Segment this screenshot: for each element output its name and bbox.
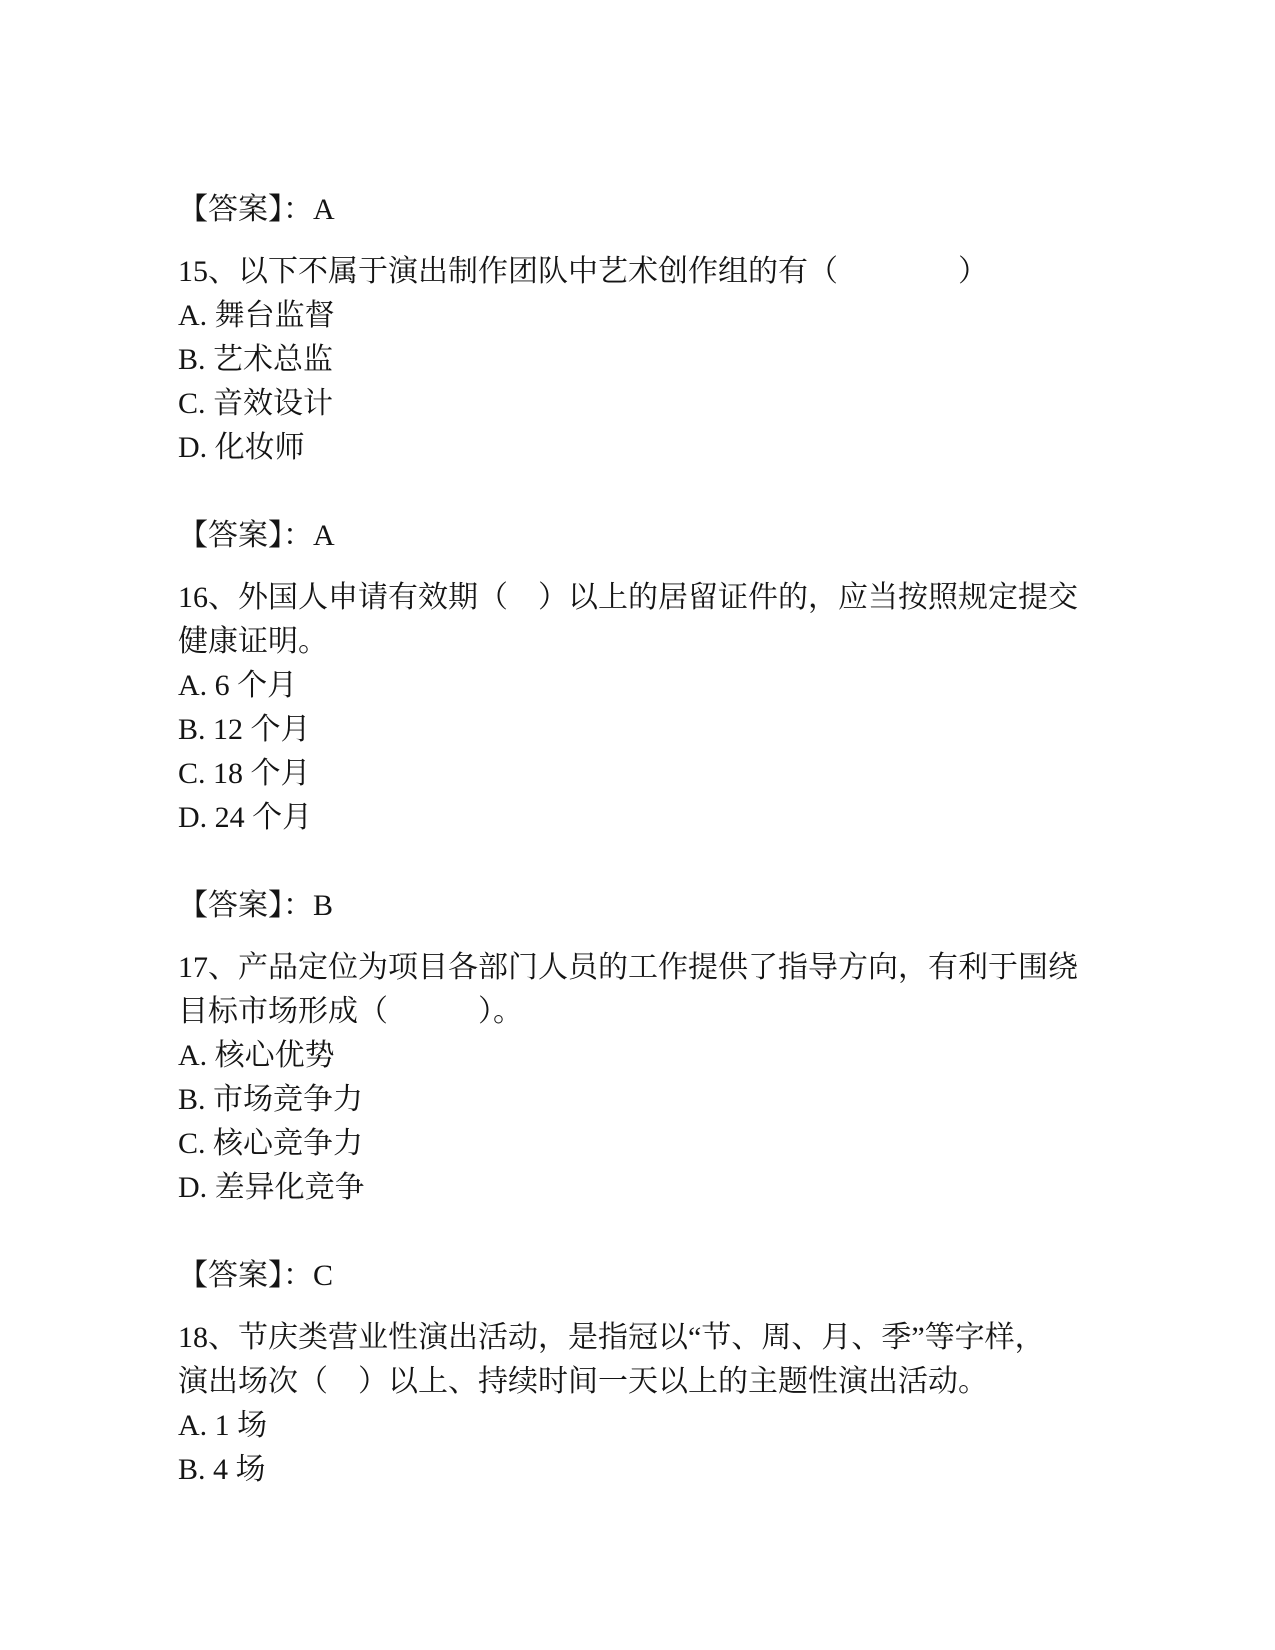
- question-15-option-b: B. 艺术总监: [178, 338, 1195, 382]
- question-18: 18、节庆类营业性演出活动，是指冠以“节、周、月、季”等字样， 演出场次（ ）以…: [178, 1316, 1195, 1492]
- answer-line-q16: 【答案】：B: [178, 884, 1195, 928]
- question-18-stem-line-2: 演出场次（ ）以上、持续时间一天以上的主题性演出活动。: [178, 1360, 1195, 1404]
- question-17-option-c: C. 核心竞争力: [178, 1122, 1195, 1166]
- question-15-stem: 15、以下不属于演出制作团队中艺术创作组的有（ ）: [178, 250, 1195, 294]
- question-15-option-d: D. 化妆师: [178, 426, 1195, 470]
- exam-document-page: 【答案】：A 15、以下不属于演出制作团队中艺术创作组的有（ ） A. 舞台监督…: [0, 0, 1275, 1650]
- question-16-stem-line-2: 健康证明。: [178, 620, 1195, 664]
- answer-line-q17: 【答案】：C: [178, 1254, 1195, 1298]
- question-16-option-a: A. 6 个月: [178, 664, 1195, 708]
- question-18-option-a: A. 1 场: [178, 1404, 1195, 1448]
- question-17-option-a: A. 核心优势: [178, 1034, 1195, 1078]
- answer-line-q15: 【答案】：A: [178, 514, 1195, 558]
- question-15: 15、以下不属于演出制作团队中艺术创作组的有（ ） A. 舞台监督 B. 艺术总…: [178, 250, 1195, 470]
- question-17-option-b: B. 市场竞争力: [178, 1078, 1195, 1122]
- question-16-option-d: D. 24 个月: [178, 796, 1195, 840]
- answer-line-q14: 【答案】：A: [178, 188, 1195, 232]
- question-17-stem-line-1: 17、产品定位为项目各部门人员的工作提供了指导方向，有利于围绕: [178, 946, 1195, 990]
- question-16: 16、外国人申请有效期（ ）以上的居留证件的，应当按照规定提交 健康证明。 A.…: [178, 576, 1195, 840]
- question-15-option-c: C. 音效设计: [178, 382, 1195, 426]
- question-17: 17、产品定位为项目各部门人员的工作提供了指导方向，有利于围绕 目标市场形成（ …: [178, 946, 1195, 1210]
- question-17-stem-line-2: 目标市场形成（ ）。: [178, 990, 1195, 1034]
- question-18-stem-line-1: 18、节庆类营业性演出活动，是指冠以“节、周、月、季”等字样，: [178, 1316, 1195, 1360]
- question-16-option-c: C. 18 个月: [178, 752, 1195, 796]
- question-16-stem-line-1: 16、外国人申请有效期（ ）以上的居留证件的，应当按照规定提交: [178, 576, 1195, 620]
- question-15-option-a: A. 舞台监督: [178, 294, 1195, 338]
- question-17-option-d: D. 差异化竞争: [178, 1166, 1195, 1210]
- question-16-option-b: B. 12 个月: [178, 708, 1195, 752]
- question-18-option-b: B. 4 场: [178, 1448, 1195, 1492]
